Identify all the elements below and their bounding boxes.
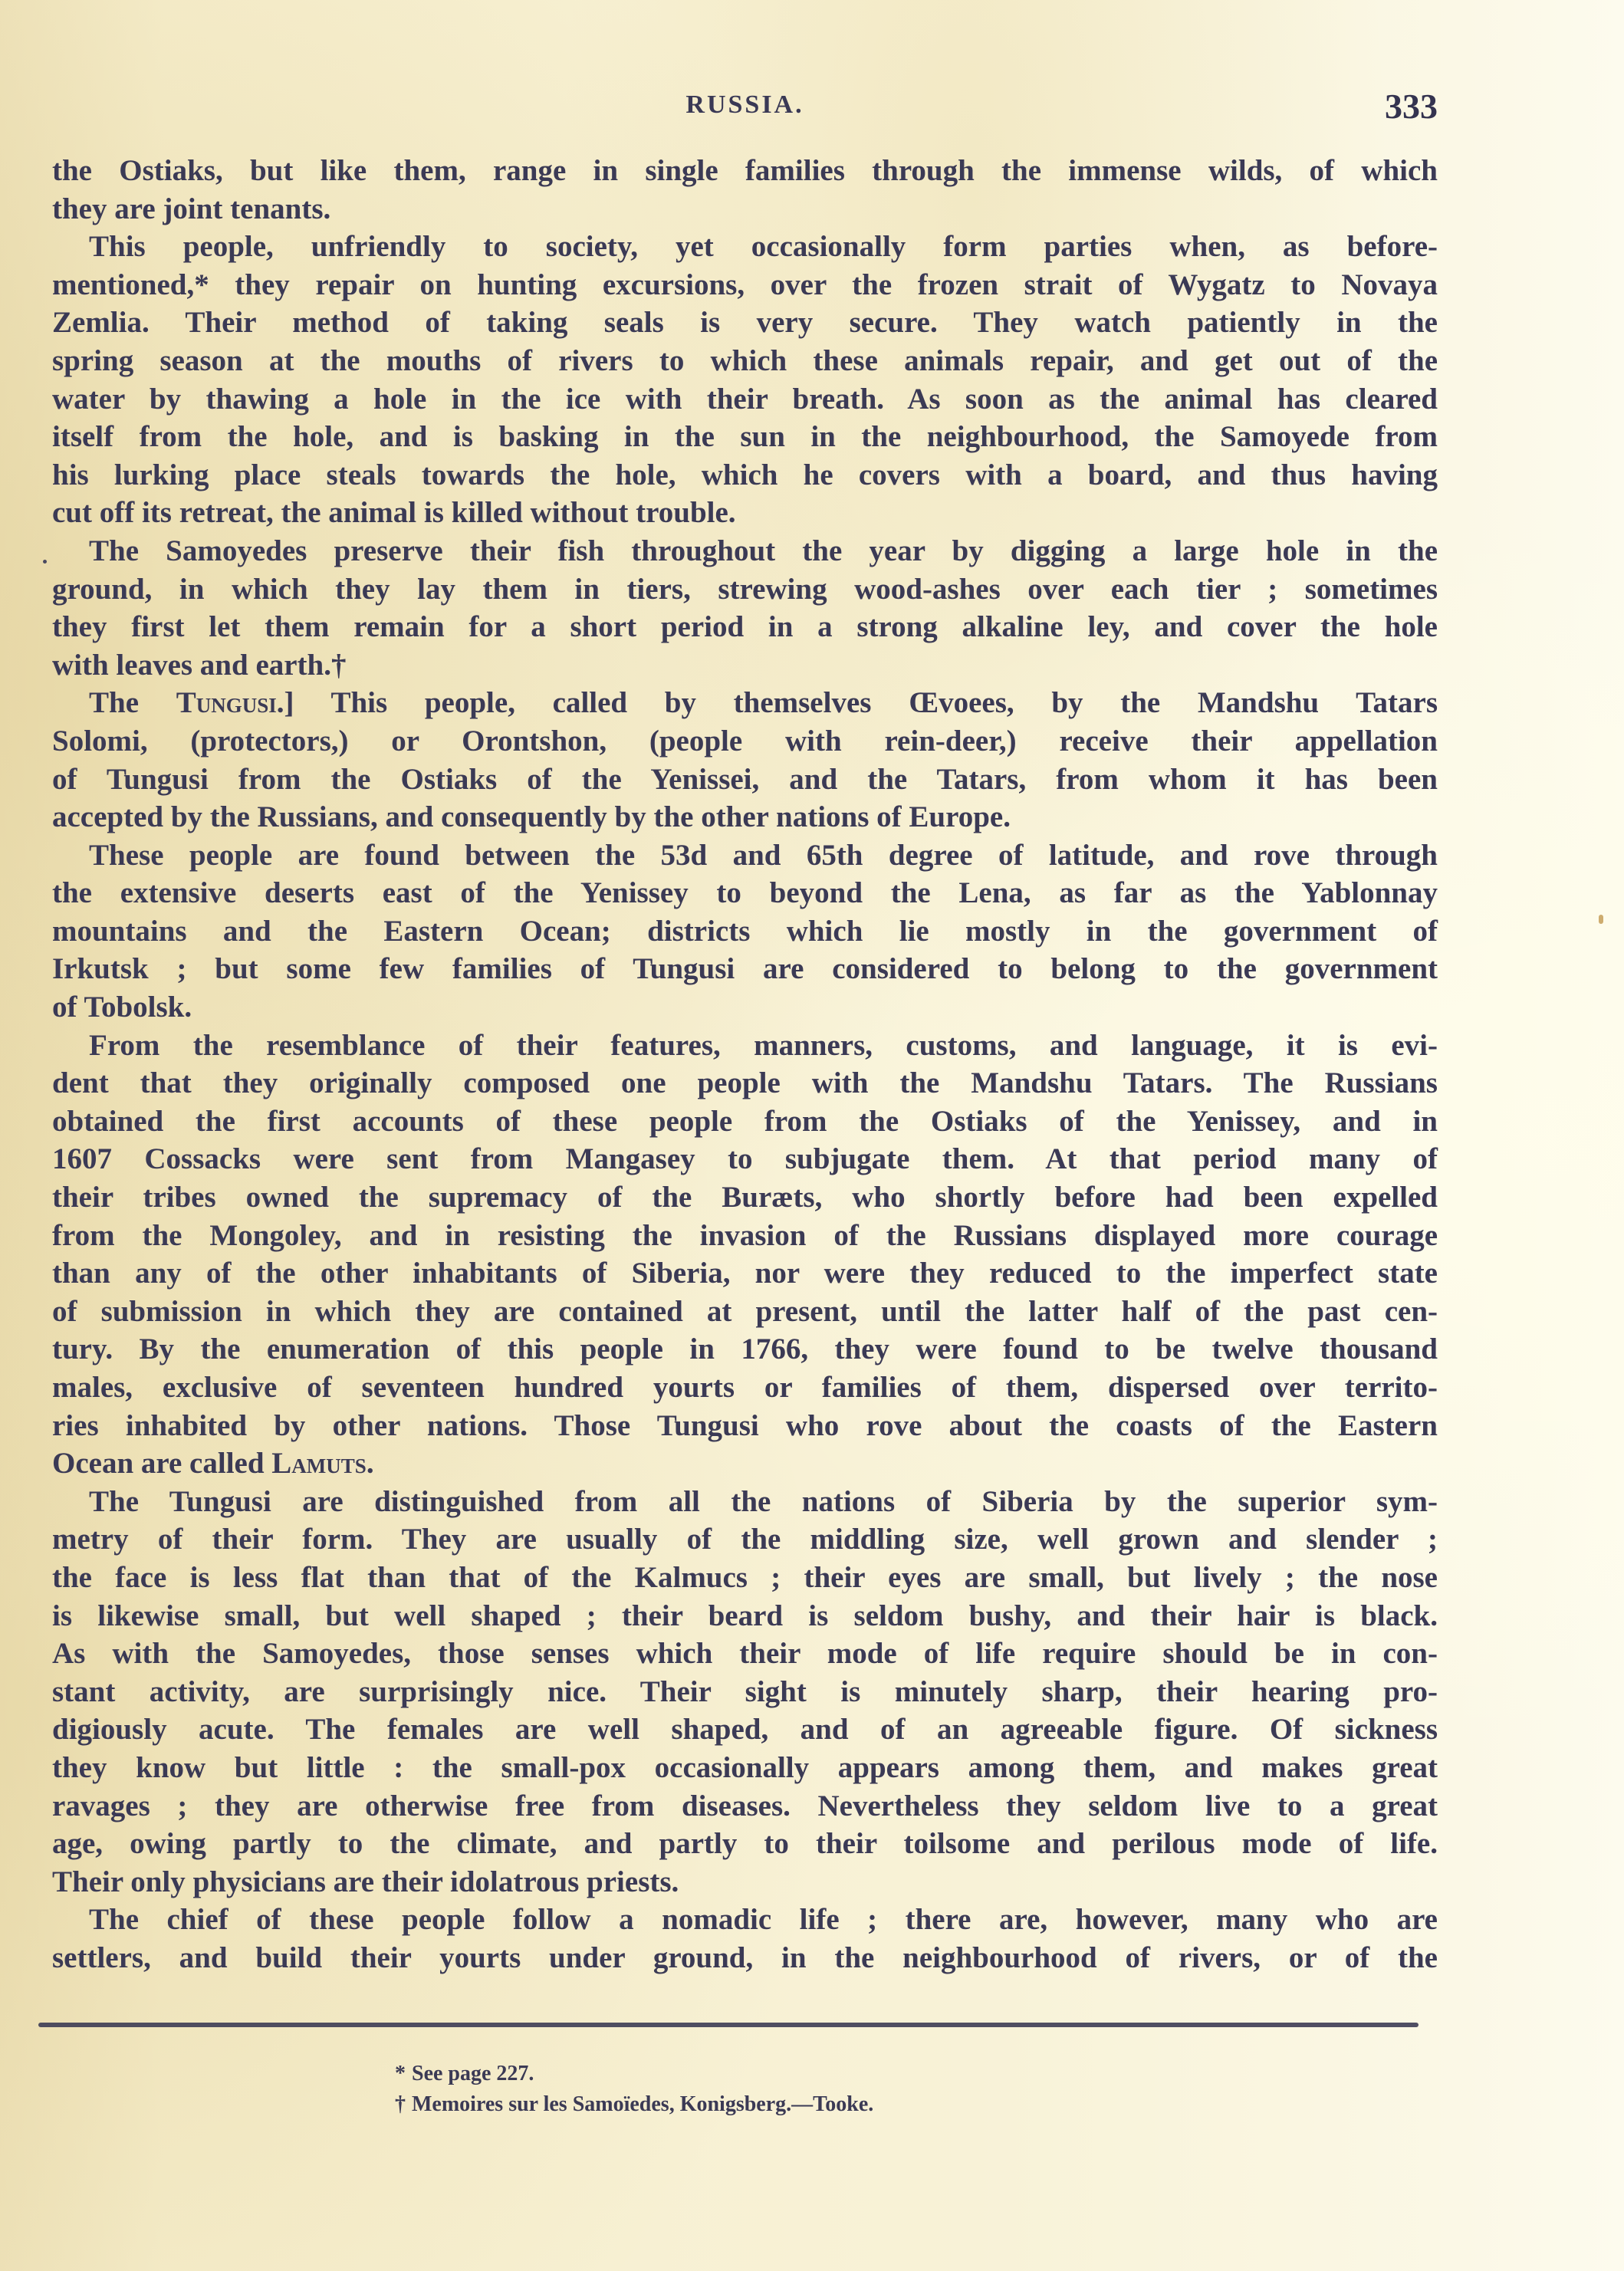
text-run: Ocean are called (52, 1447, 271, 1480)
text-line: accepted by the Russians, and consequent… (52, 798, 1438, 836)
text-line: they first let them remain for a short p… (52, 608, 1438, 646)
text-line: mountains and the Eastern Ocean; distric… (52, 912, 1438, 951)
text-line: Ocean are called Lamuts. (52, 1444, 1438, 1483)
text-line: with leaves and earth.† (52, 646, 1438, 685)
foxing-stain (1599, 915, 1603, 924)
paragraph: The chief of these people follow a nomad… (52, 1901, 1438, 1977)
text-line: their tribes owned the supremacy of the … (52, 1178, 1438, 1217)
text-line: cut off its retreat, the animal is kille… (52, 494, 1438, 532)
asterisk-mark: * (395, 2059, 412, 2089)
text-line: spring season at the mouths of rivers to… (52, 342, 1438, 380)
text-line: tury. By the enumeration of this people … (52, 1330, 1438, 1369)
footnote-text: See page 227. (412, 2062, 534, 2085)
text-run: This people, called by themselves Œvoees… (294, 686, 1438, 719)
text-line: of Tobolsk. (52, 988, 1438, 1027)
text-line: digiously acute. The females are well sh… (52, 1711, 1438, 1749)
text-line: itself from the hole, and is basking in … (52, 418, 1438, 456)
lamuts-term: Lamuts. (271, 1447, 373, 1480)
footnote-text: Memoires sur les Samoïedes, Konigsberg.—… (412, 2092, 873, 2116)
text-line: From the resemblance of their features, … (52, 1027, 1438, 1065)
text-line: of Tungusi from the Ostiaks of the Yenis… (52, 761, 1438, 799)
text-line: is likewise small, but well shaped ; the… (52, 1597, 1438, 1635)
paragraph: the Ostiaks, but like them, range in sin… (52, 152, 1438, 228)
text-line: males, exclusive of seventeen hundred yo… (52, 1369, 1438, 1407)
text-line: The chief of these people follow a nomad… (52, 1901, 1438, 1939)
text-line: As with the Samoyedes, those senses whic… (52, 1635, 1438, 1673)
text-line: Their only physicians are their idolatro… (52, 1863, 1438, 1901)
text-line: The Samoyedes preserve their fish throug… (52, 532, 1438, 570)
text-line: his lurking place steals towards the hol… (52, 456, 1438, 495)
text-line: This people, unfriendly to society, yet … (52, 228, 1438, 266)
paragraph: The Tungusi are distinguished from all t… (52, 1483, 1438, 1901)
text-line: The Tungusi are distinguished from all t… (52, 1483, 1438, 1521)
section-lead-in: The (89, 686, 176, 719)
text-line: mentioned,* they repair on hunting excur… (52, 266, 1438, 304)
text-line: of submission in which they are containe… (52, 1293, 1438, 1331)
text-line: than any of the other inhabitants of Sib… (52, 1254, 1438, 1293)
text-line: from the Mongoley, and in resisting the … (52, 1217, 1438, 1255)
text-line: obtained the first accounts of these peo… (52, 1103, 1438, 1141)
text-line: they are joint tenants. (52, 190, 1438, 228)
text-line: stant activity, are surprisingly nice. T… (52, 1673, 1438, 1711)
text-line: Zemlia. Their method of taking seals is … (52, 304, 1438, 342)
text-line: 1607 Cossacks were sent from Mangasey to… (52, 1140, 1438, 1178)
text-line: Solomi, (protectors,) or Orontshon, (peo… (52, 722, 1438, 761)
text-line: the face is less flat than that of the K… (52, 1559, 1438, 1597)
text-line: The Tungusi.] This people, called by the… (52, 684, 1438, 722)
book-page: RUSSIA. 333 the Ostiaks, but like them, … (0, 0, 1624, 2271)
running-title: RUSSIA. (52, 90, 1438, 120)
body-text: the Ostiaks, but like them, range in sin… (52, 152, 1438, 1977)
text-line: the extensive deserts east of the Yeniss… (52, 874, 1438, 912)
text-line: settlers, and build their yourts under g… (52, 1939, 1438, 1977)
text-line: ravages ; they are otherwise free from d… (52, 1787, 1438, 1826)
text-line: Irkutsk ; but some few families of Tungu… (52, 950, 1438, 988)
paragraph-tungusi: The Tungusi.] This people, called by the… (52, 684, 1438, 836)
footnote-1: *See page 227. (395, 2059, 873, 2089)
footnote-2: †Memoires sur les Samoïedes, Konigsberg.… (395, 2089, 873, 2120)
text-line: ground, in which they lay them in tiers,… (52, 570, 1438, 609)
text-line: metry of their form. They are usually of… (52, 1520, 1438, 1559)
page-number: 333 (1385, 86, 1438, 127)
running-head: RUSSIA. 333 (52, 86, 1438, 132)
paragraph: This people, unfriendly to society, yet … (52, 228, 1438, 532)
footnote-rule (38, 2023, 1419, 2027)
ink-speck (43, 560, 47, 564)
text-line: water by thawing a hole in the ice with … (52, 380, 1438, 419)
section-heading: Tungusi. (176, 686, 284, 719)
footnotes: *See page 227. †Memoires sur les Samoïed… (395, 2059, 873, 2120)
text-line: These people are found between the 53d a… (52, 836, 1438, 875)
text-line: ries inhabited by other nations. Those T… (52, 1407, 1438, 1445)
paragraph: These people are found between the 53d a… (52, 836, 1438, 1027)
paragraph: The Samoyedes preserve their fish throug… (52, 532, 1438, 684)
paragraph: From the resemblance of their features, … (52, 1027, 1438, 1483)
text-line: dent that they originally composed one p… (52, 1064, 1438, 1103)
text-line: the Ostiaks, but like them, range in sin… (52, 152, 1438, 190)
dagger-mark: † (395, 2089, 412, 2120)
text-line: age, owing partly to the climate, and pa… (52, 1825, 1438, 1863)
section-bracket: ] (284, 686, 294, 719)
text-line: they know but little : the small-pox occ… (52, 1749, 1438, 1787)
